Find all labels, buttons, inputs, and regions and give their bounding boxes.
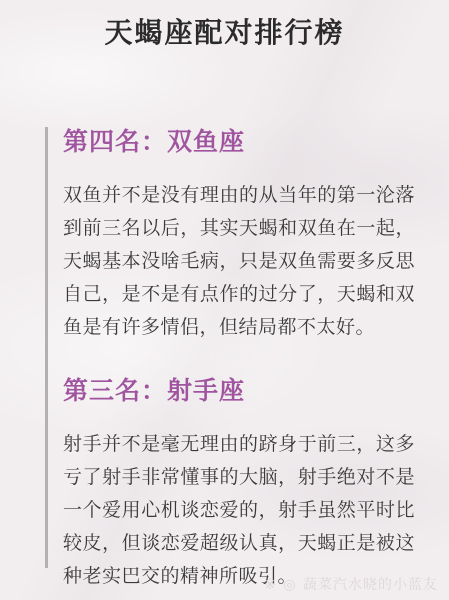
watermark-text: 蔬菜汽水晓的小蓝友 [303,577,438,593]
left-divider-line [45,127,48,568]
section-body-rank-3: 射手并不是毫无理由的跻身于前三，这多亏了射手非常懂事的大脑，射手绝对不是一个爱用… [63,428,415,593]
logo-icon: ◎ [283,577,296,593]
section-rank-3: 第三名：射手座 射手并不是毫无理由的跻身于前三，这多亏了射手非常懂事的大脑，射手… [63,375,415,593]
poster-page: 天蝎座配对排行榜 第四名：双鱼座 双鱼并不是没有理由的从当年的第一沦落到前三名以… [0,0,449,600]
section-body-rank-4: 双鱼并不是没有理由的从当年的第一沦落到前三名以后，其实天蝎和双鱼在一起，天蝎基本… [63,179,415,344]
page-title: 天蝎座配对排行榜 [0,11,449,51]
section-rank-4: 第四名：双鱼座 双鱼并不是没有理由的从当年的第一沦落到前三名以后，其实天蝎和双鱼… [63,126,415,344]
section-heading-rank-3: 第三名：射手座 [63,375,415,407]
section-heading-rank-4: 第四名：双鱼座 [63,126,415,158]
watermark: ※ ◎ 蔬菜汽水晓的小蓝友 [264,574,439,594]
content-area: 第四名：双鱼座 双鱼并不是没有理由的从当年的第一沦落到前三名以后，其实天蝎和双鱼… [63,126,415,593]
snowflake-icon: ※ [264,577,277,593]
